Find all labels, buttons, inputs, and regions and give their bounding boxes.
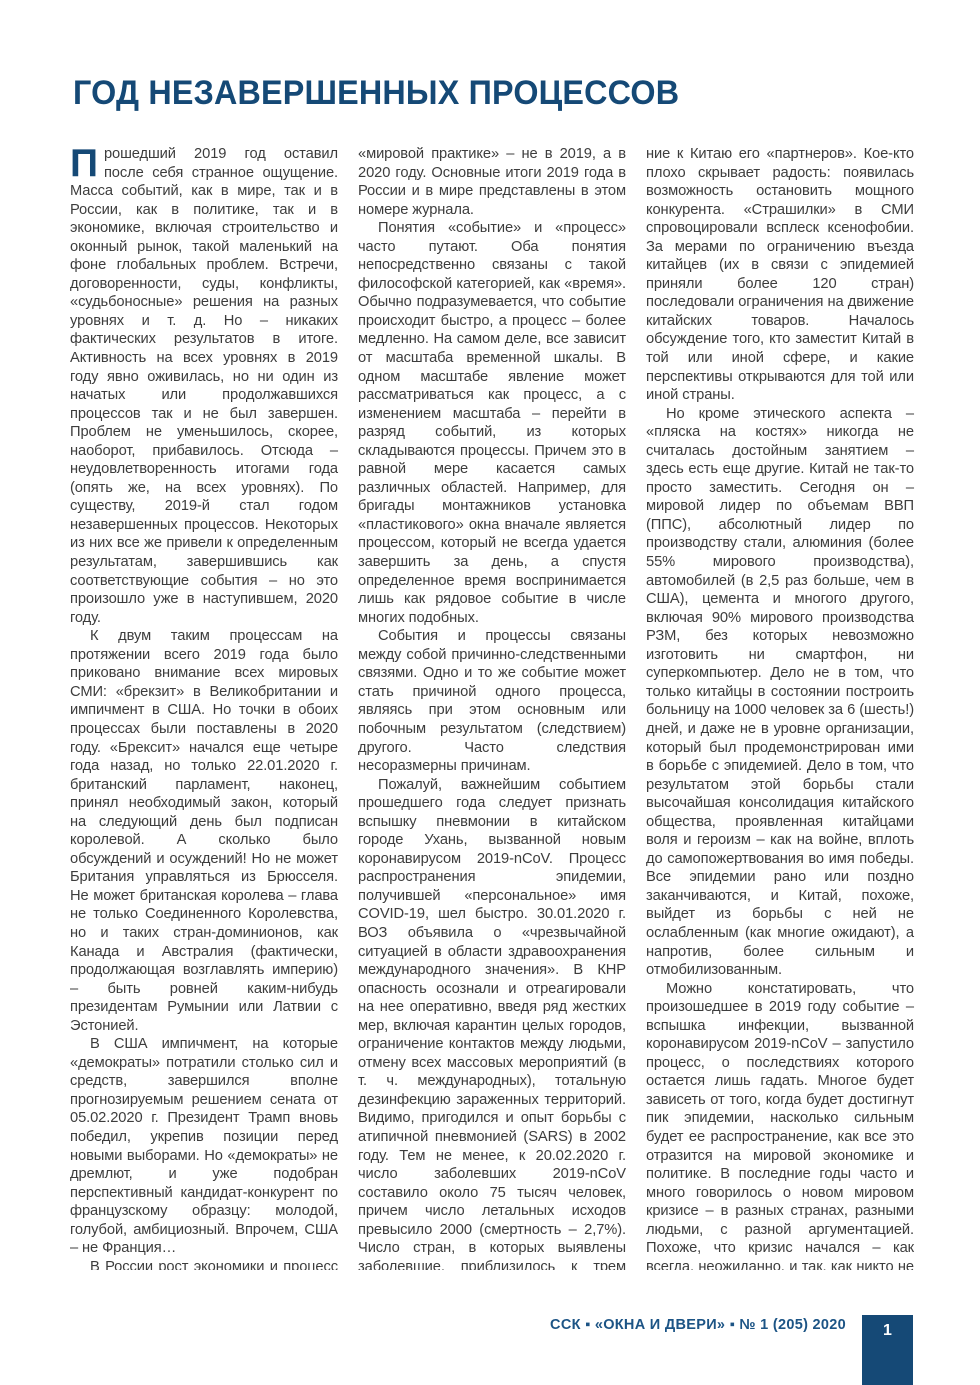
paragraph: Можно констатировать, что произошедшее в… <box>646 980 914 1270</box>
page-number: 1 <box>883 1322 892 1339</box>
paragraph: Понятия «событие» и «процесс» часто пута… <box>358 219 626 627</box>
journal-footer-line: ССК ▪ «ОКНА И ДВЕРИ» ▪ № 1 (205) 2020 <box>550 1317 846 1333</box>
paragraph: В США импичмент, на которые «демократы» … <box>70 1035 338 1258</box>
paragraph: Пожалуй, важнейшим событием прошедшего г… <box>358 776 626 1270</box>
magazine-page: ГОД НЕЗАВЕРШЕННЫХ ПРОЦЕССОВ Прошедший 20… <box>0 0 980 1385</box>
page-number-badge: 1 <box>862 1315 913 1385</box>
paragraph-continuation: «мировой практике» – не в 2019, а в 2020… <box>358 145 626 219</box>
paragraph-lead: Прошедший 2019 год оставил после себя ст… <box>70 145 338 627</box>
paragraph-continuation: ние к Китаю его «партнеров». Кое-кто пло… <box>646 145 914 405</box>
article-body: Прошедший 2019 год оставил после себя ст… <box>70 145 916 1270</box>
paragraph-text: рошедший 2019 год оставил после себя стр… <box>70 146 338 626</box>
article-title: ГОД НЕЗАВЕРШЕННЫХ ПРОЦЕССОВ <box>73 74 679 113</box>
paragraph: Но кроме этического аспекта – «пляска на… <box>646 405 914 980</box>
text-column-1: Прошедший 2019 год оставил после себя ст… <box>70 145 338 1270</box>
paragraph: К двум таким процессам на протяжении все… <box>70 627 338 1035</box>
text-column-3: ние к Китаю его «партнеров». Кое-кто пло… <box>646 145 914 1270</box>
text-column-2: «мировой практике» – не в 2019, а в 2020… <box>358 145 626 1270</box>
paragraph: В России рост экономики и процесс выполн… <box>70 1258 338 1270</box>
paragraph: События и процессы связаны между собой п… <box>358 627 626 775</box>
drop-cap: П <box>70 145 104 180</box>
